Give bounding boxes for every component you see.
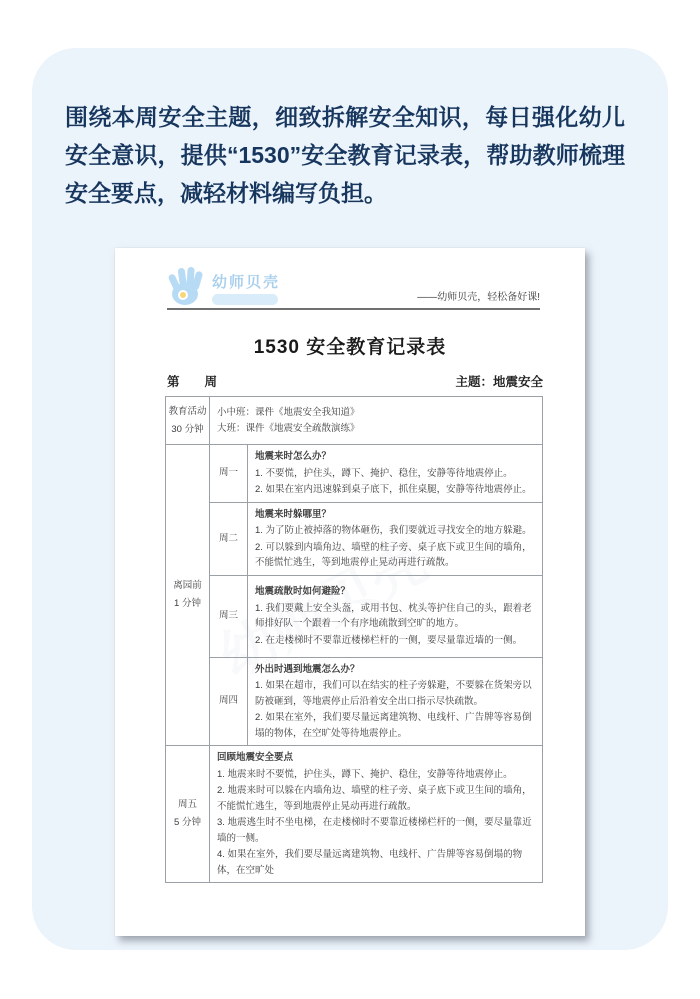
activity-label-cell: 教育活动 30 分钟 bbox=[166, 397, 210, 445]
question-heading: 外出时遇到地震怎么办？ bbox=[255, 662, 535, 678]
answer-item: 1. 不要慌，护住头，蹲下、掩护、稳住，安静等待地震停止。 bbox=[255, 466, 535, 482]
activity-content-cell: 小中班：课件《地震安全我知道》 大班：课件《地震安全疏散演练》 bbox=[210, 397, 543, 445]
logo: 幼师贝壳 bbox=[167, 264, 280, 311]
logo-name: 幼师贝壳 bbox=[212, 271, 280, 292]
theme-label: 主题：地震安全 bbox=[455, 372, 543, 390]
answer-item: 3. 地震逃生时不坐电梯，在走楼梯时不要靠近楼梯栏杆的一侧，要尽量靠近墙的一侧。 bbox=[217, 815, 535, 846]
brand-tagline: ——幼师贝壳，轻松备好课! bbox=[417, 288, 540, 303]
page: 围绕本周安全主题，细致拆解安全知识，每日强化幼儿安全意识，提供“1530”安全教… bbox=[0, 0, 700, 999]
answer-item: 1. 为了防止被掉落的物体砸伤，我们要就近寻找安全的地方躲避。 bbox=[255, 523, 535, 539]
question-heading: 地震疏散时如何避险？ bbox=[255, 584, 535, 600]
intro-text: 围绕本周安全主题，细致拆解安全知识，每日强化幼儿安全意识，提供“1530”安全教… bbox=[65, 98, 625, 212]
answer-item: 2. 如果在室外，我们要尽量远离建筑物、电线杆、广告牌等容易倒塌的物体，在空旷处… bbox=[255, 710, 535, 741]
day-cell-monday: 周一 bbox=[210, 445, 248, 503]
content-cell-friday: 回顾地震安全要点 1. 地震来时不要慌，护住头，蹲下、掩护、稳住，安静等待地震停… bbox=[210, 746, 543, 883]
content-cell-wednesday: 地震疏散时如何避险？ 1. 我们要戴上安全头盔，或用书包、枕头等护住自己的头，跟… bbox=[248, 575, 543, 657]
leave-duration: 1 分钟 bbox=[167, 595, 208, 613]
day-cell-wednesday: 周三 bbox=[210, 575, 248, 657]
day-cell-friday: 周五 5 分钟 bbox=[166, 746, 210, 883]
answer-item: 2. 在走楼梯时不要靠近楼梯栏杆的一侧，要尽量靠近墙的一侧。 bbox=[255, 633, 535, 649]
answer-item: 2. 如果在室内迅速躲到桌子底下，抓住桌腿，安静等待地震停止。 bbox=[255, 482, 535, 498]
question-heading: 地震来时躲哪里？ bbox=[255, 507, 535, 523]
friday-duration: 5 分钟 bbox=[167, 814, 208, 832]
activity-label: 教育活动 bbox=[167, 403, 208, 421]
friday-label: 周五 bbox=[167, 796, 208, 814]
question-heading: 地震来时怎么办？ bbox=[255, 449, 535, 465]
leave-time-cell: 离园前 1 分钟 bbox=[166, 445, 210, 746]
leave-label: 离园前 bbox=[167, 577, 208, 595]
table-row-friday: 周五 5 分钟 回顾地震安全要点 1. 地震来时不要慌，护住头，蹲下、掩护、稳住… bbox=[166, 746, 543, 883]
question-heading: 回顾地震安全要点 bbox=[217, 750, 535, 766]
table-row-activity: 教育活动 30 分钟 小中班：课件《地震安全我知道》 大班：课件《地震安全疏散演… bbox=[166, 397, 543, 445]
table-row-thursday: 周四 外出时遇到地震怎么办？ 1. 如果在超市，我们可以在结实的柱子旁躲避，不要… bbox=[166, 657, 543, 746]
doc-title: 1530 安全教育记录表 bbox=[115, 332, 585, 359]
table-row-wednesday: 周三 地震疏散时如何避险？ 1. 我们要戴上安全头盔，或用书包、枕头等护住自己的… bbox=[166, 575, 543, 657]
answer-item: 2. 地震来时可以躲在内墙角边、墙壁的柱子旁、桌子底下或卫生间的墙角，不能慌忙逃… bbox=[217, 783, 535, 814]
content-panel: 围绕本周安全主题，细致拆解安全知识，每日强化幼儿安全意识，提供“1530”安全教… bbox=[32, 48, 668, 950]
week-theme-row: 第 周 主题：地震安全 bbox=[167, 372, 543, 390]
header-divider bbox=[167, 308, 540, 310]
hand-logo-icon bbox=[167, 264, 207, 311]
table-row-tuesday: 周二 地震来时躲哪里？ 1. 为了防止被掉落的物体砸伤，我们要就近寻找安全的地方… bbox=[166, 502, 543, 575]
content-cell-monday: 地震来时怎么办？ 1. 不要慌，护住头，蹲下、掩护、稳住，安静等待地震停止。 2… bbox=[248, 445, 543, 503]
answer-item: 1. 我们要戴上安全头盔，或用书包、枕头等护住自己的头，跟着老师排好队一个跟着一… bbox=[255, 601, 535, 632]
answer-item: 2. 可以躲到内墙角边、墙壁的柱子旁、桌子底下或卫生间的墙角，不能慌忙逃生，等到… bbox=[255, 540, 535, 571]
content-cell-tuesday: 地震来时躲哪里？ 1. 为了防止被掉落的物体砸伤，我们要就近寻找安全的地方躲避。… bbox=[248, 502, 543, 575]
table-row-monday: 离园前 1 分钟 周一 地震来时怎么办？ 1. 不要慌，护住头，蹲下、掩护、稳住… bbox=[166, 445, 543, 503]
record-table: 教育活动 30 分钟 小中班：课件《地震安全我知道》 大班：课件《地震安全疏散演… bbox=[165, 396, 543, 883]
activity-line: 小中班：课件《地震安全我知道》 bbox=[217, 405, 535, 421]
answer-item: 1. 如果在超市，我们可以在结实的柱子旁躲避，不要躲在货架旁以防被砸到，等地震停… bbox=[255, 678, 535, 709]
document-preview: 幼师贝壳 bbox=[115, 248, 585, 936]
content-cell-thursday: 外出时遇到地震怎么办？ 1. 如果在超市，我们可以在结实的柱子旁躲避，不要躲在货… bbox=[248, 657, 543, 746]
day-cell-tuesday: 周二 bbox=[210, 502, 248, 575]
answer-item: 4. 如果在室外，我们要尽量远离建筑物、电线杆、广告牌等容易倒塌的物体，在空旷处 bbox=[217, 847, 535, 878]
logo-badge bbox=[212, 294, 278, 305]
week-label: 第 周 bbox=[167, 372, 217, 390]
paper-header: 幼师贝壳 ——幼师贝壳，轻松备好课! bbox=[115, 262, 585, 310]
answer-item: 1. 地震来时不要慌，护住头，蹲下、掩护、稳住，安静等待地震停止。 bbox=[217, 767, 535, 783]
activity-line: 大班：课件《地震安全疏散演练》 bbox=[217, 421, 535, 437]
day-cell-thursday: 周四 bbox=[210, 657, 248, 746]
activity-duration: 30 分钟 bbox=[167, 421, 208, 439]
